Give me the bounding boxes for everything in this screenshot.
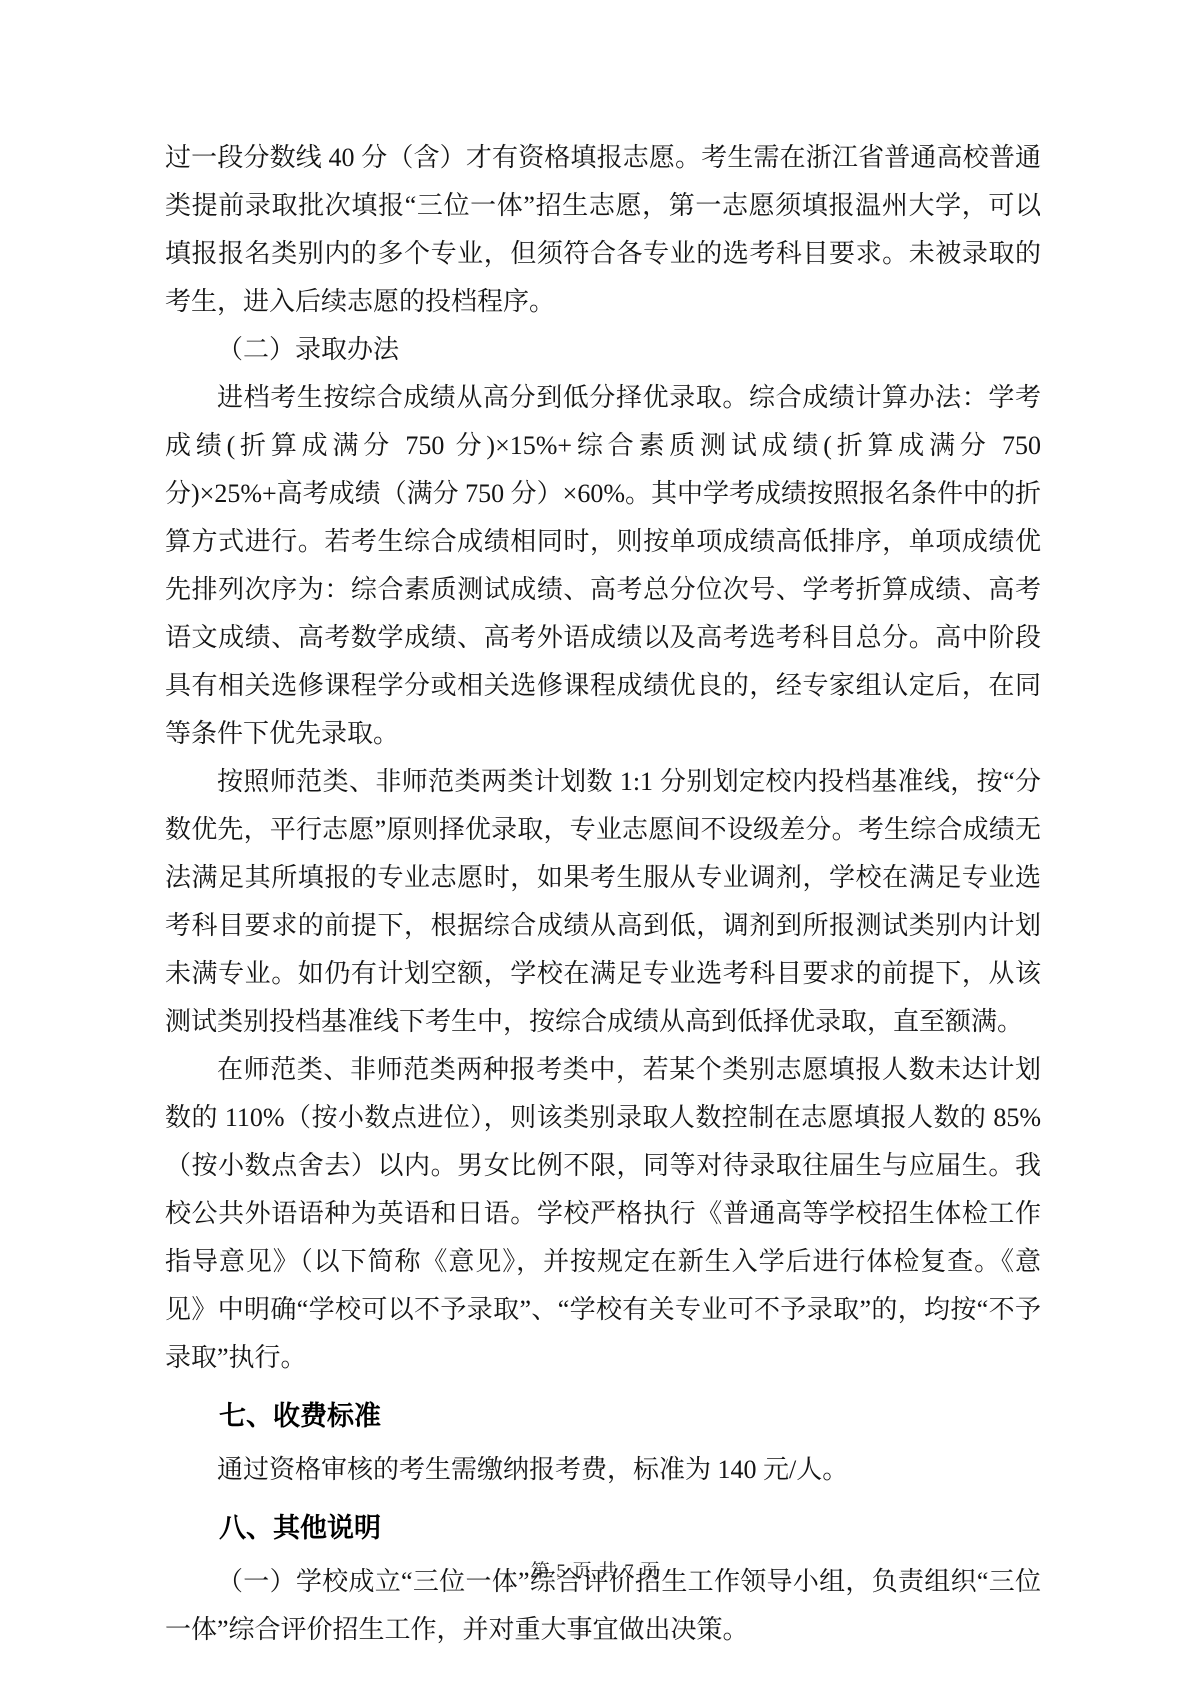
- page-footer: 第 5 页 共 7 页: [0, 1556, 1191, 1583]
- document-body: 过一段分数线 40 分（含）才有资格填报志愿。考生需在浙江省普通高校普通类提前录…: [165, 134, 1041, 1654]
- paragraph-baseline-and-adjustment: 按照师范类、非师范类两类计划数 1:1 分别划定校内投档基准线，按“分数优先，平…: [165, 758, 1041, 1046]
- paragraph-continuation: 过一段分数线 40 分（含）才有资格填报志愿。考生需在浙江省普通高校普通类提前录…: [165, 134, 1041, 326]
- section-heading-fees: 七、收费标准: [165, 1392, 1041, 1440]
- paragraph-fee-standard: 通过资格审核的考生需缴纳报考费，标准为 140 元/人。: [165, 1446, 1041, 1494]
- document-page: 过一段分数线 40 分（含）才有资格填报志愿。考生需在浙江省普通高校普通类提前录…: [0, 0, 1191, 1684]
- section-heading-other-notes: 八、其他说明: [165, 1504, 1041, 1552]
- paragraph-composite-score-rule: 进档考生按综合成绩从高分到低分择优录取。综合成绩计算办法：学考成绩(折算成满分 …: [165, 374, 1041, 758]
- paragraph-subheading-admission-method: （二）录取办法: [165, 326, 1041, 374]
- paragraph-quota-and-physical-exam: 在师范类、非师范类两种报考类中，若某个类别志愿填报人数未达计划数的 110%（按…: [165, 1046, 1041, 1382]
